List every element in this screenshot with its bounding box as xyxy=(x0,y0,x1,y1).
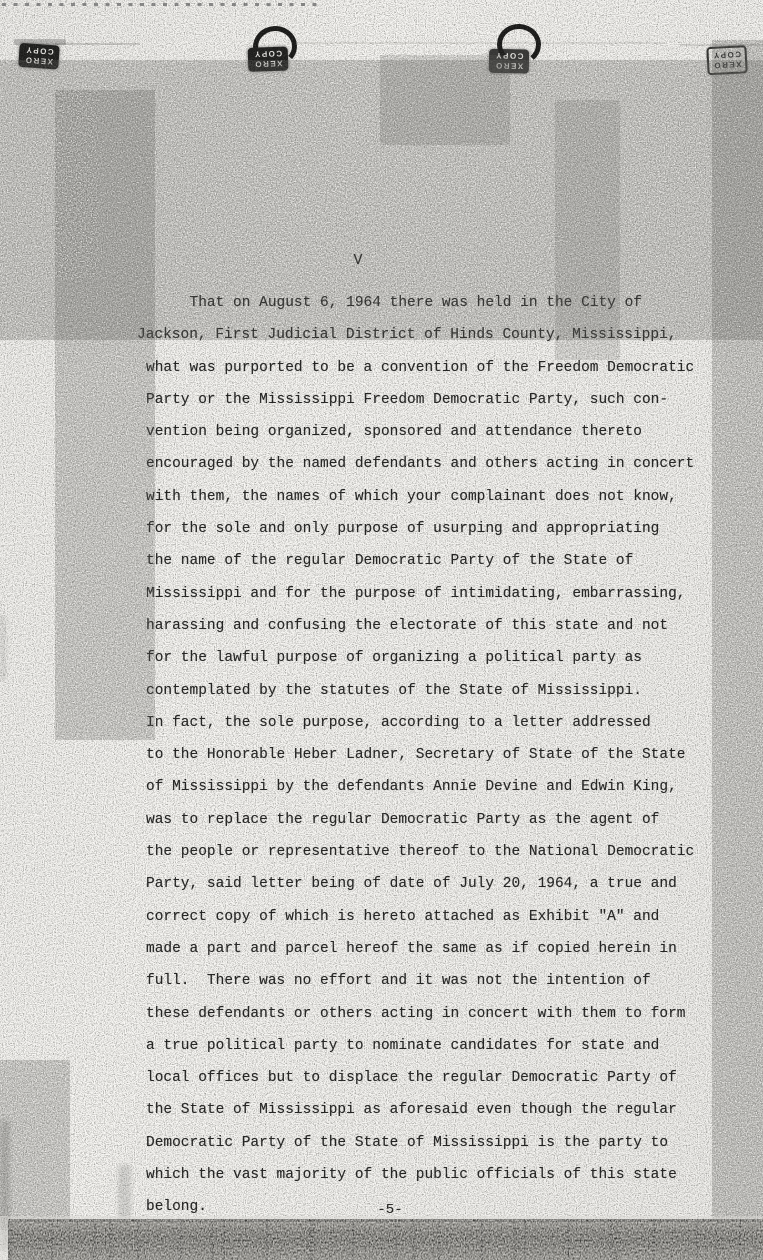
document-line: harassing and confusing the electorate o… xyxy=(146,610,746,642)
stamp-word: XERO xyxy=(248,58,288,69)
stamp-word: COPY xyxy=(248,48,288,59)
section-heading: V xyxy=(146,252,570,269)
ink-smear xyxy=(118,1165,131,1227)
document-line: In fact, the sole purpose, according to … xyxy=(146,707,746,739)
document-line: a true political party to nominate candi… xyxy=(146,1030,746,1062)
document-line: the name of the regular Democratic Party… xyxy=(146,545,746,577)
stamp-word: XERO xyxy=(709,59,745,70)
edge-smudge xyxy=(0,615,6,680)
xero-copy-stamp: XERO COPY xyxy=(489,49,529,74)
document-line: That on August 6, 1964 there was held in… xyxy=(146,287,746,319)
document-line: for the sole and only purpose of usurpin… xyxy=(146,513,746,545)
document-line: what was purported to be a convention of… xyxy=(146,352,746,384)
document-line: Jackson, First Judicial District of Hind… xyxy=(137,319,746,351)
document-line: encouraged by the named defendants and o… xyxy=(146,448,746,480)
document-line: Democratic Party of the State of Mississ… xyxy=(146,1127,746,1159)
stamp-word: XERO xyxy=(489,60,529,70)
scanner-edge-band xyxy=(8,1219,763,1260)
document-line: contemplated by the statutes of the Stat… xyxy=(146,675,746,707)
document-line: of Mississippi by the defendants Annie D… xyxy=(146,771,746,803)
document-body: That on August 6, 1964 there was held in… xyxy=(146,287,746,1224)
page-number: -5- xyxy=(146,1202,634,1218)
document-line: vention being organized, sponsored and a… xyxy=(146,416,746,448)
document-line: which the vast majority of the public of… xyxy=(146,1159,746,1191)
document-line: to the Honorable Heber Ladner, Secretary… xyxy=(146,739,746,771)
fold-line-smudge xyxy=(295,42,665,44)
xero-copy-stamp: XERO COPY xyxy=(18,43,60,70)
document-line: correct copy of which is hereto attached… xyxy=(146,901,746,933)
document-line: with them, the names of which your compl… xyxy=(146,481,746,513)
scanned-document-page: XERO COPY XERO COPY XERO COPY XERO COPY … xyxy=(0,0,763,1260)
band-streaks xyxy=(8,1219,763,1260)
document-line: Party, said letter being of date of July… xyxy=(146,868,746,900)
xero-copy-stamp: XERO COPY xyxy=(248,46,289,72)
fold-line-smudge xyxy=(55,43,140,45)
document-line: these defendants or others acting in con… xyxy=(146,998,746,1030)
document-line: Mississippi and for the purpose of intim… xyxy=(146,578,746,610)
stamp-word: COPY xyxy=(489,51,529,61)
document-line: Party or the Mississippi Freedom Democra… xyxy=(146,384,746,416)
xero-copy-stamp: XERO COPY xyxy=(706,45,747,75)
document-line: the State of Mississippi as aforesaid ev… xyxy=(146,1094,746,1126)
document-line: made a part and parcel hereof the same a… xyxy=(146,933,746,965)
document-line: full. There was no effort and it was not… xyxy=(146,965,746,997)
document-line: was to replace the regular Democratic Pa… xyxy=(146,804,746,836)
document-line: for the lawful purpose of organizing a p… xyxy=(146,642,746,674)
document-line: local offices but to displace the regula… xyxy=(146,1062,746,1094)
perforation-dashed-line xyxy=(2,3,320,6)
document-line: the people or representative thereof to … xyxy=(146,836,746,868)
